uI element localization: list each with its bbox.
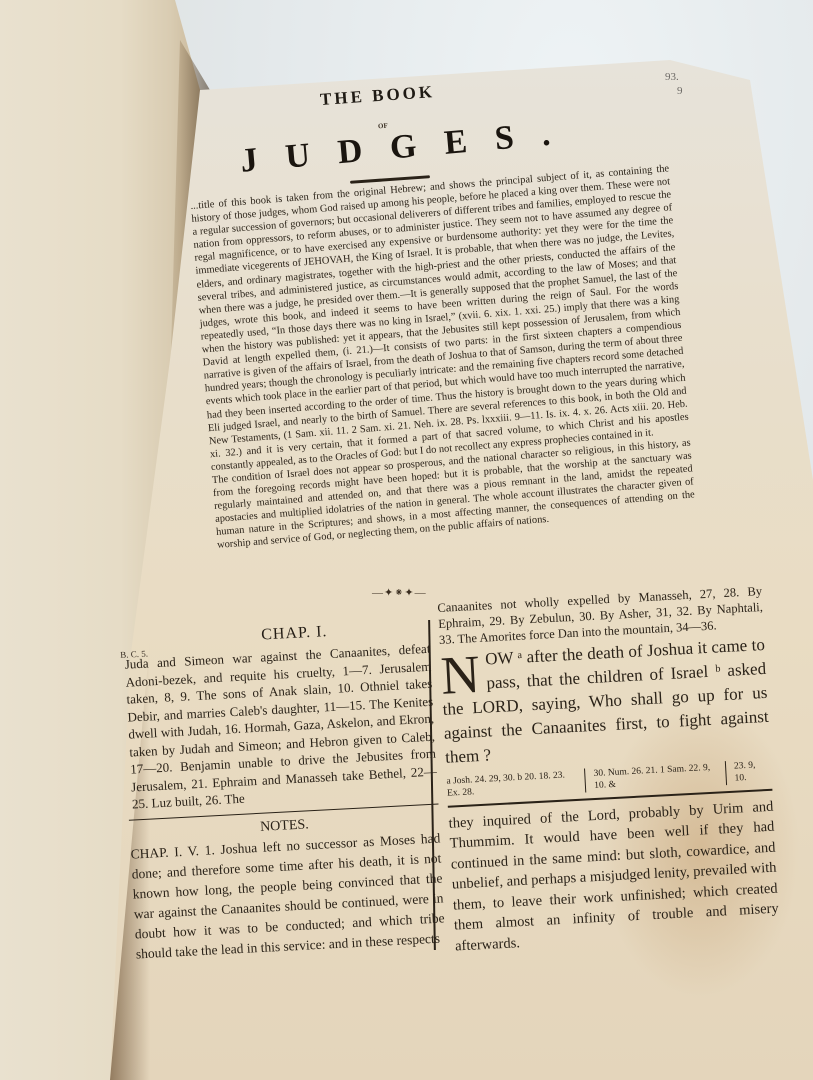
drop-cap: N	[440, 652, 481, 698]
page-content: 93. 9 THE BOOK OF JUDGES. ...title of th…	[0, 0, 813, 1080]
book-introduction: ...title of this book is taken from the …	[190, 162, 696, 552]
verse-1: N OW ᵃ after the death of Joshua it came…	[440, 633, 771, 770]
title-judges: JUDGES.	[239, 113, 580, 180]
left-column: B. C. 5. CHAP. I. Juda and Simeon war ag…	[118, 596, 446, 965]
page-number-line-1: 93.	[665, 70, 683, 84]
notes-right-text: they inquired of the Lord, probably by U…	[448, 796, 780, 956]
verse-text: OW ᵃ after the death of Joshua it came t…	[442, 635, 769, 767]
right-column: Canaanites not wholly expelled by Manass…	[437, 583, 780, 957]
running-page-number: 93. 9	[665, 70, 683, 98]
footnote-col-1: a Josh. 24. 29, 30. b 20. 18. 23. Ex. 28…	[446, 768, 586, 799]
title-the-book: THE BOOK	[319, 82, 435, 110]
footnote-col-3: 23. 9, 10.	[734, 759, 772, 785]
notes-left-text: CHAP. I. V. 1. Joshua left no successor …	[130, 828, 446, 964]
footnote-col-2: 30. Num. 26. 21. 1 Sam. 22. 9, 10. &	[593, 761, 727, 792]
bc-date-label: B. C. 5.	[120, 648, 148, 659]
intro-paragraph-1: ...title of this book is taken from the …	[190, 162, 690, 474]
chapter-summary-left: Juda and Simeon war against the Canaanit…	[124, 640, 438, 813]
page-number-line-2: 9	[677, 84, 683, 98]
